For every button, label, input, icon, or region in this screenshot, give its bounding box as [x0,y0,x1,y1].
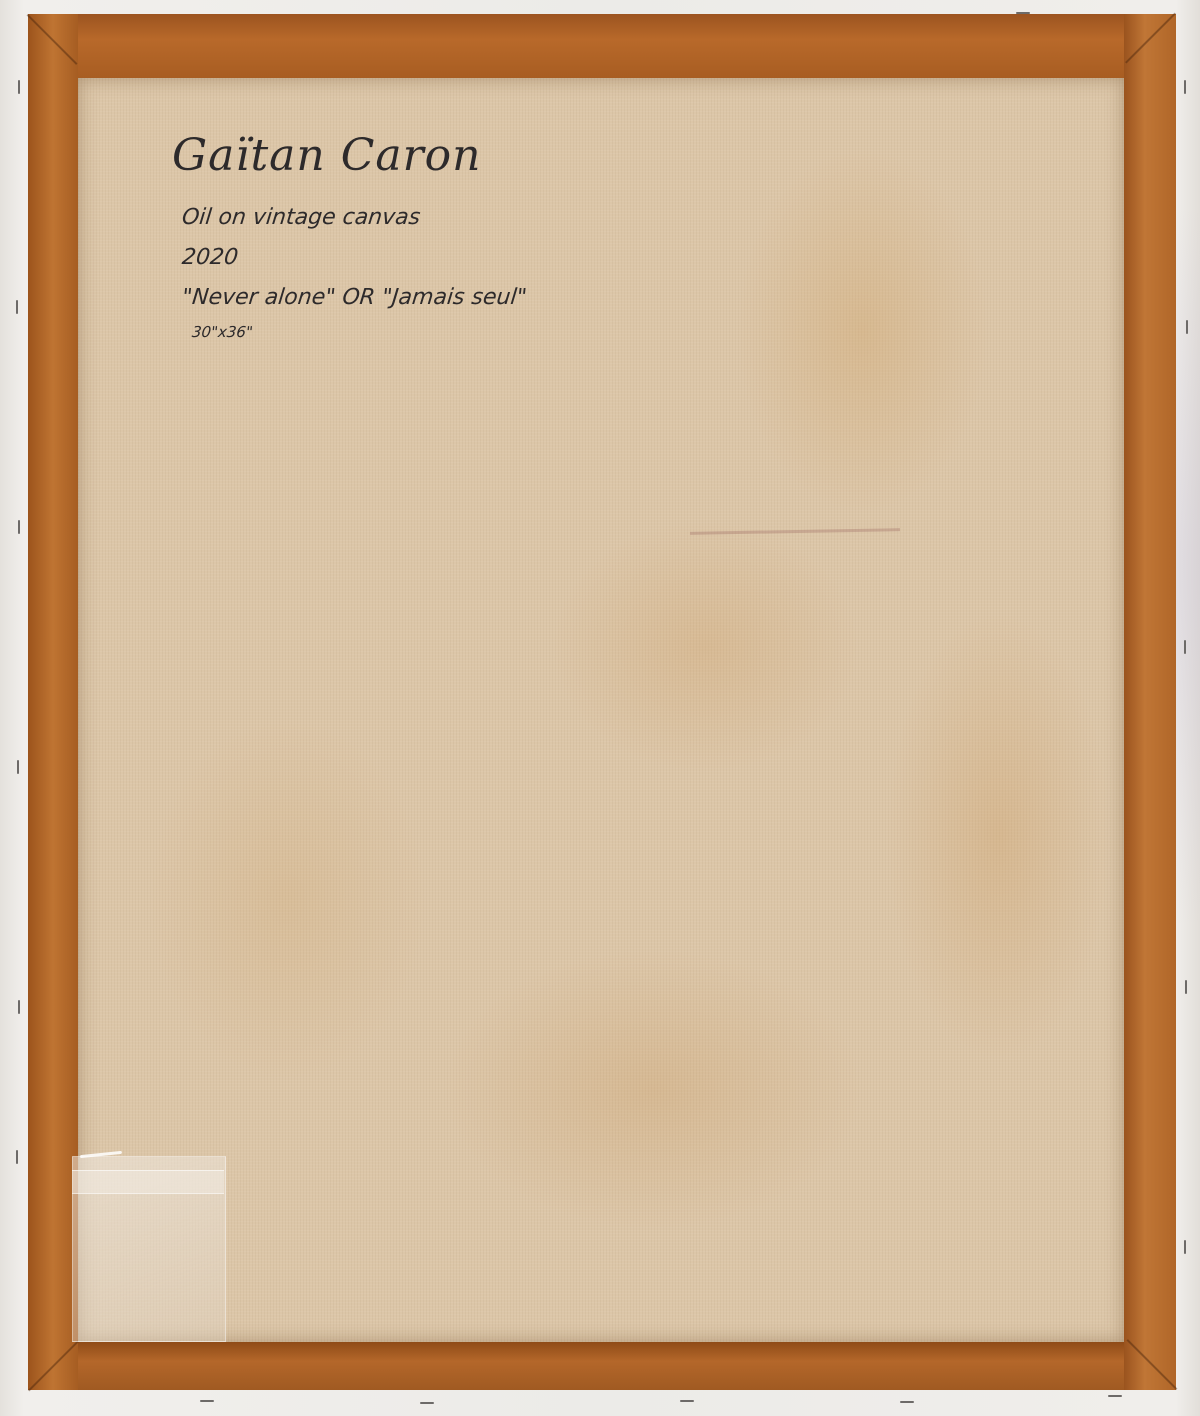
stretcher-bar-bottom [28,1342,1176,1390]
staple [680,1400,694,1402]
year-text: 2020 [180,238,529,278]
staple [200,1400,214,1402]
staple [16,1150,18,1164]
tape-strip [72,1170,224,1194]
staple [1108,1395,1122,1397]
staple [1186,320,1188,334]
staple [1185,980,1187,994]
staple [1184,1240,1186,1254]
stretcher-bar-top [28,14,1176,78]
title-text: "Never alone" OR "Jamais seul" [180,278,529,318]
staple [18,80,20,94]
staple [1184,640,1186,654]
staple [1184,80,1186,94]
stretcher-bar-right [1124,14,1176,1390]
dimensions-text: 30"x36" [191,318,529,346]
staple [900,1401,914,1403]
painting-back-photo: Gaïtan Caron Oil on vintage canvas 2020 … [0,0,1200,1416]
staple [420,1402,434,1404]
stretcher-bar-left [28,14,78,1390]
staple [18,520,20,534]
staple [16,300,18,314]
staple [17,760,19,774]
staple [18,1000,20,1014]
handwritten-inscription: Gaïtan Caron Oil on vintage canvas 2020 … [172,128,527,346]
medium-text: Oil on vintage canvas [180,198,529,238]
artist-signature: Gaïtan Caron [172,128,527,184]
